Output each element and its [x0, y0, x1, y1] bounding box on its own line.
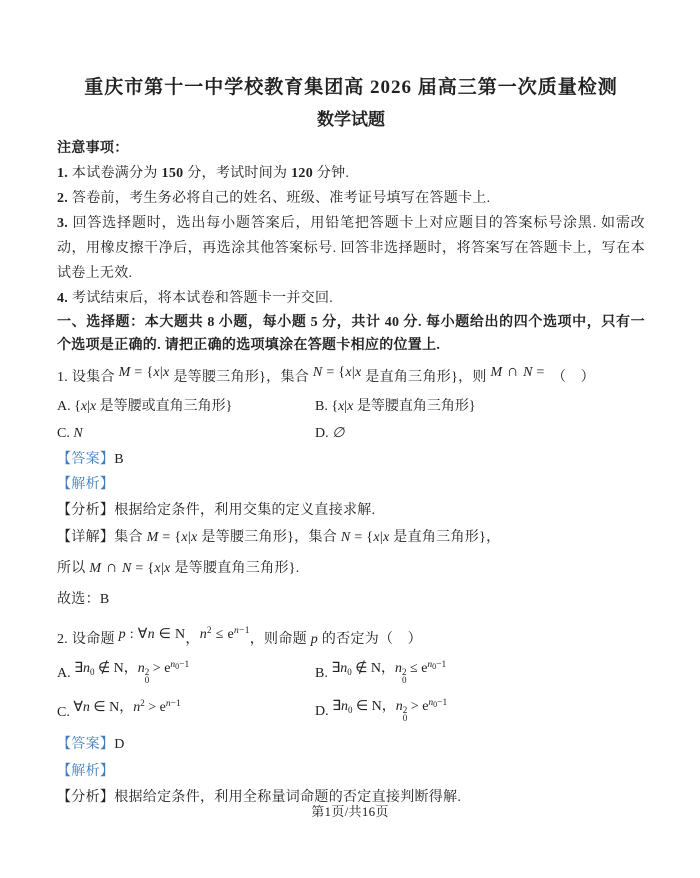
question-2-options-row-2: C. ∀n ∈ N，n2 > en−1 D. ∃n0 ∈ N，n20 > en0…: [57, 693, 645, 731]
document-subtitle: 数学试题: [57, 110, 645, 130]
answer-value: B: [114, 452, 124, 467]
question-1-xiangjie: 【详解】集合 M = {x|x 是等腰三角形}，集合 N = {x|x 是直角三…: [57, 524, 645, 552]
question-1-jiexi-label: 【解析】: [57, 472, 645, 498]
page-number: 第1页/共16页: [0, 801, 700, 820]
question-2-option-a: A. ∃n0 ∉ N，n20 > en0−1: [57, 655, 315, 693]
notice-header: 注意事项：: [57, 136, 645, 161]
question-2-option-d: D. ∃n0 ∈ N，n20 > en0−1: [315, 693, 447, 731]
question-1-stem: 1. 设集合 M = {x|x 是等腰三角形}，集合 N = {x|x 是直角三…: [57, 362, 645, 393]
question-1-suoyi: 所以 M ∩ N = {x|x 是等腰直角三角形}.: [57, 552, 645, 585]
notice-item-4: 4. 考试结束后，将本试卷和答题卡一并交回.: [57, 286, 645, 311]
question-1-option-d: D. ∅: [315, 420, 344, 447]
answer-label: 【答案】: [57, 737, 114, 752]
notice-item-3: 3. 回答选择题时，选出每小题答案后，用铅笔把答题卡上对应题目的答案标号涂黑. …: [57, 211, 645, 286]
question-2-option-b: B. ∃n0 ∉ N，n20 ≤ en0−1: [315, 655, 446, 693]
answer-label: 【答案】: [57, 452, 114, 467]
question-1-options-row-2: C. N D. ∅: [57, 420, 645, 447]
answer-value: D: [114, 737, 124, 752]
question-1-option-c: C. N: [57, 420, 315, 447]
question-1-option-b: B. {x|x 是等腰直角三角形}: [315, 393, 476, 420]
question-1-answer-line: 【答案】B: [57, 447, 645, 472]
document-title: 重庆市第十一中学校教育集团高 2026 届高三第一次质量检测: [57, 76, 645, 100]
notice-item-1: 1. 本试卷满分为 150 分，考试时间为 120 分钟.: [57, 161, 645, 186]
section-1-heading: 一、选择题：本大题共 8 小题，每小题 5 分，共计 40 分. 每小题给出的四…: [57, 311, 645, 357]
question-2-stem: 2. 设命题 p : ∀n ∈ N，n2 ≤ en−1，则命题 p 的否定为（ …: [57, 620, 645, 655]
question-2-jiexi-label: 【解析】: [57, 758, 645, 785]
question-1-options-row-1: A. {x|x 是等腰或直角三角形} B. {x|x 是等腰直角三角形}: [57, 393, 645, 420]
question-2-answer-line: 【答案】D: [57, 731, 645, 758]
notice-item-2: 2. 答卷前，考生务必将自己的姓名、班级、准考证号填写在答题卡上.: [57, 186, 645, 211]
question-2-options-row-1: A. ∃n0 ∉ N，n20 > en0−1 B. ∃n0 ∉ N，n20 ≤ …: [57, 655, 645, 693]
question-1-fenxi: 【分析】根据给定条件，利用交集的定义直接求解.: [57, 498, 645, 524]
question-1-option-a: A. {x|x 是等腰或直角三角形}: [57, 393, 315, 420]
question-2-option-c: C. ∀n ∈ N，n2 > en−1: [57, 693, 315, 731]
question-1-guxuan: 故选：B: [57, 585, 645, 615]
exam-document-page: 重庆市第十一中学校教育集团高 2026 届高三第一次质量检测 数学试题 注意事项…: [0, 0, 700, 878]
